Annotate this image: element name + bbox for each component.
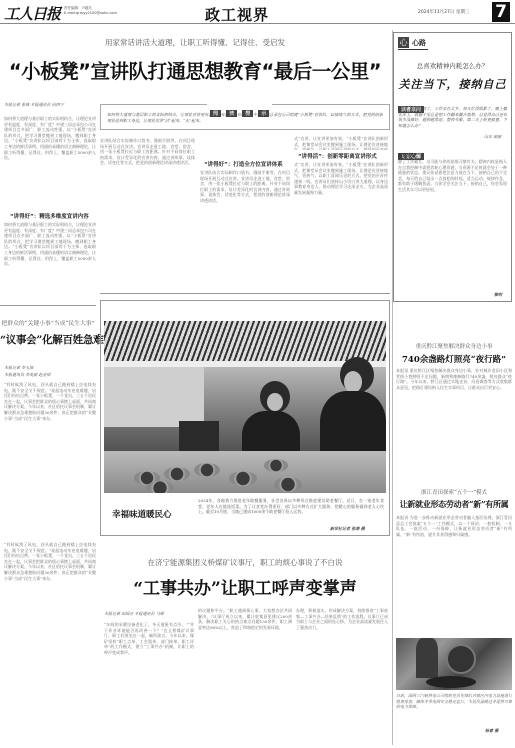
left-story-byline-2: 本报通讯员 李英丽 赵金琪 xyxy=(4,372,51,378)
lead-headline: “小板凳”宣讲队打通思想教育“最后一公里” xyxy=(0,56,390,84)
expert-signature: 黎明 xyxy=(494,292,502,298)
photo-feature-title: 幸福味道暖民心 xyxy=(112,508,172,520)
left-story-byline-1: 本报记者 李玉淑 xyxy=(4,365,33,371)
bottom-col2-text: 的议题和平台。“职工遇到烦心事，大家想办法共同解决。”议事厅成立以来，累计收集意… xyxy=(198,608,292,746)
food-bowl xyxy=(146,481,174,493)
food-bowl xyxy=(164,467,190,481)
left-story-text-b: “有时候刮了风电，回头就自己跑到楼上拉电线充电，既不安全又不规范。”说起电动车充… xyxy=(4,542,96,606)
photo-power-inspection xyxy=(396,638,512,690)
lead-kicker: 用家常话讲活大道理，让职工听得懂、记得住、受启发 xyxy=(0,37,390,48)
lead-subhead-3: “讲得活”：创新零距离宣讲形式 xyxy=(298,152,377,160)
food-bowl xyxy=(264,459,288,472)
background-wall xyxy=(104,367,204,427)
reader-letter: 您好，我到年底了，工作实在太多，每天忙得很累了，晚上躺在床上，就脑子里总是把工作… xyxy=(398,106,507,134)
manhole-cover xyxy=(446,644,476,674)
heart-icon: 心 xyxy=(398,37,409,48)
worker-figure xyxy=(416,638,438,678)
story3-kicker: 浙江青田探索“五个一”模式 xyxy=(393,488,515,496)
lead-col2-text: 宣讲队结合实际制作口袋书、漫画手册等，在项目现场开展互动式宣讲。宣讲员走进工地、… xyxy=(100,138,195,288)
lead-col3-text: 宣讲队结合实际制作口袋书、漫画手册等，在项目现场开展互动式宣讲。宣讲员走进工地、… xyxy=(200,170,290,288)
lead-col1-text-b: 如何将大道理与基层职工的实际相结合，让理论宣讲更有温度、有深度、有广度？中建三局… xyxy=(4,222,96,302)
ceiling-image xyxy=(104,321,386,361)
expert-reply: 除了工作繁忙，这可能与你的思维习惯有关。精神内耗是指人在自我控制中需要消耗心理资… xyxy=(398,159,507,291)
column-question: 总喜欢精神内耗怎么办？ xyxy=(394,61,511,70)
story2-kicker: 重庆黔江聚焦解决群众身边小事 xyxy=(393,342,515,350)
counter xyxy=(179,421,219,451)
editor-info: 责任编辑：卢越凡 E-mail:grrbyy2100@sohu.com xyxy=(64,6,117,15)
divider xyxy=(100,293,390,294)
lead-col4-text-a: 式“宣讲，让宣讲更加有效。“小板凳”宣讲队创新形式，把课堂从会议室搬到施工现场，… xyxy=(294,136,388,150)
woman1-face xyxy=(267,393,283,411)
story3-text: 本报讯 为进一步推动新就业形态劳动者融入基层治理，浙江青田县总工会探索“五个一”… xyxy=(396,515,512,637)
story3-headline: 让新就业形态劳动者“新”有所属 xyxy=(393,499,515,510)
column-header: 心 心路 xyxy=(398,37,426,48)
editor-email: E-mail:grrbyy2100@sohu.com xyxy=(64,11,117,16)
left-story-headline: “议事会”化解百姓急难愁盼 xyxy=(0,332,96,347)
photo-power-caption: 日前，国网三门峡供电公司组织党员先锋队对辖区内电力设施进行隐患排查，确保冬季电网… xyxy=(396,693,512,727)
manhole-opening xyxy=(426,676,476,688)
left-story-text: “有时候刮了风电，回头就自己跑到楼上拉电线充电，既不安全又不规范。”说起电动车充… xyxy=(4,382,96,542)
woman2-face xyxy=(344,371,362,393)
column-name: 心路 xyxy=(412,38,426,48)
newspaper-logo: 工人日报 xyxy=(4,3,60,24)
food-bowl xyxy=(229,471,257,486)
photo-feature-credit: 新华社记者 张涛 摄 xyxy=(330,526,365,532)
lead-col1-text: 如何将大道理与基层职工的实际相结合，让理论宣讲更有温度、有深度、有广度？中建三局… xyxy=(4,116,96,212)
bottom-col3-text: 办理，积极落实，形成解决方案，持续推进“工事收集—工事共办—结果反馈”的工作流程… xyxy=(296,608,388,746)
lead-col4-text-b: 式“宣讲，让宣讲更加有效。“小板凳”宣讲队创新形式，把课堂从会议室搬到施工现场，… xyxy=(294,162,388,288)
food-bowl xyxy=(274,477,302,492)
story2-headline: 740余盏路灯照亮“夜行路” xyxy=(393,353,515,365)
reader-signature: 山东 丽丽 xyxy=(484,134,501,140)
column-answer-headline: 关注当下，接纳自己 xyxy=(394,76,511,92)
editor-note-box: 阅 读 提 示 如何将大道理与基层职工的实际相结合，让理论宣讲更有温度、有深度、… xyxy=(100,104,390,130)
editor-note-text: 如何将大道理与基层职工的实际相结合，让理论宣讲更有温度、有深度、有广度？中建三局… xyxy=(107,112,383,128)
section-title: 政工视界 xyxy=(205,4,269,25)
bottom-col1-text: “车间的采暖设备老化了，冬天值班有点冷。”“井下作业环境能否再改善一下？”在义桥… xyxy=(104,622,194,746)
page-number: 7 xyxy=(492,2,510,22)
lead-byline: 本报记者 张峰 本报通讯员 向四宁 xyxy=(4,102,64,108)
divider xyxy=(0,305,96,306)
left-story-kicker: 把群众的“关键小事”当成“民生大事” xyxy=(0,318,96,327)
food-bowl xyxy=(194,463,220,477)
photo-feature-caption: 2024年，各地着力推进老年助餐服务，社会各界以多种形式推进建设助老餐厅。近日，… xyxy=(198,498,384,528)
bottom-story-headline: “工事共办”让职工呼声变掌声 xyxy=(100,574,390,599)
column-box: 心 心路 总喜欢精神内耗怎么办？ 关注当下，接纳自己 读者来问 您好，我到年底了… xyxy=(393,32,512,302)
header-underline xyxy=(398,49,428,50)
issue-date: 2024年11月27日 星期三 xyxy=(418,9,469,15)
photo-dining-hall xyxy=(104,321,386,493)
bottom-story-kicker: 在济宁能源集团义桥煤矿议事厅，职工的烦心事说了不白说 xyxy=(100,557,390,568)
story2-text: 本报讯 重庆黔江区聚焦解决群众身边小事，针对城乡老旧小区和背街小巷照明不足问题，… xyxy=(396,368,512,480)
lead-subhead-1: “讲得好”：精选多维度宣讲内容 xyxy=(10,212,89,220)
lead-subhead-2: “讲得好”：打造全方位宣讲体系 xyxy=(204,160,283,168)
bottom-story-byline: 本报记者 田国会 本报通讯员 马辉 xyxy=(104,611,164,617)
photo-power-credit: 杨睿 摄 xyxy=(485,728,498,734)
